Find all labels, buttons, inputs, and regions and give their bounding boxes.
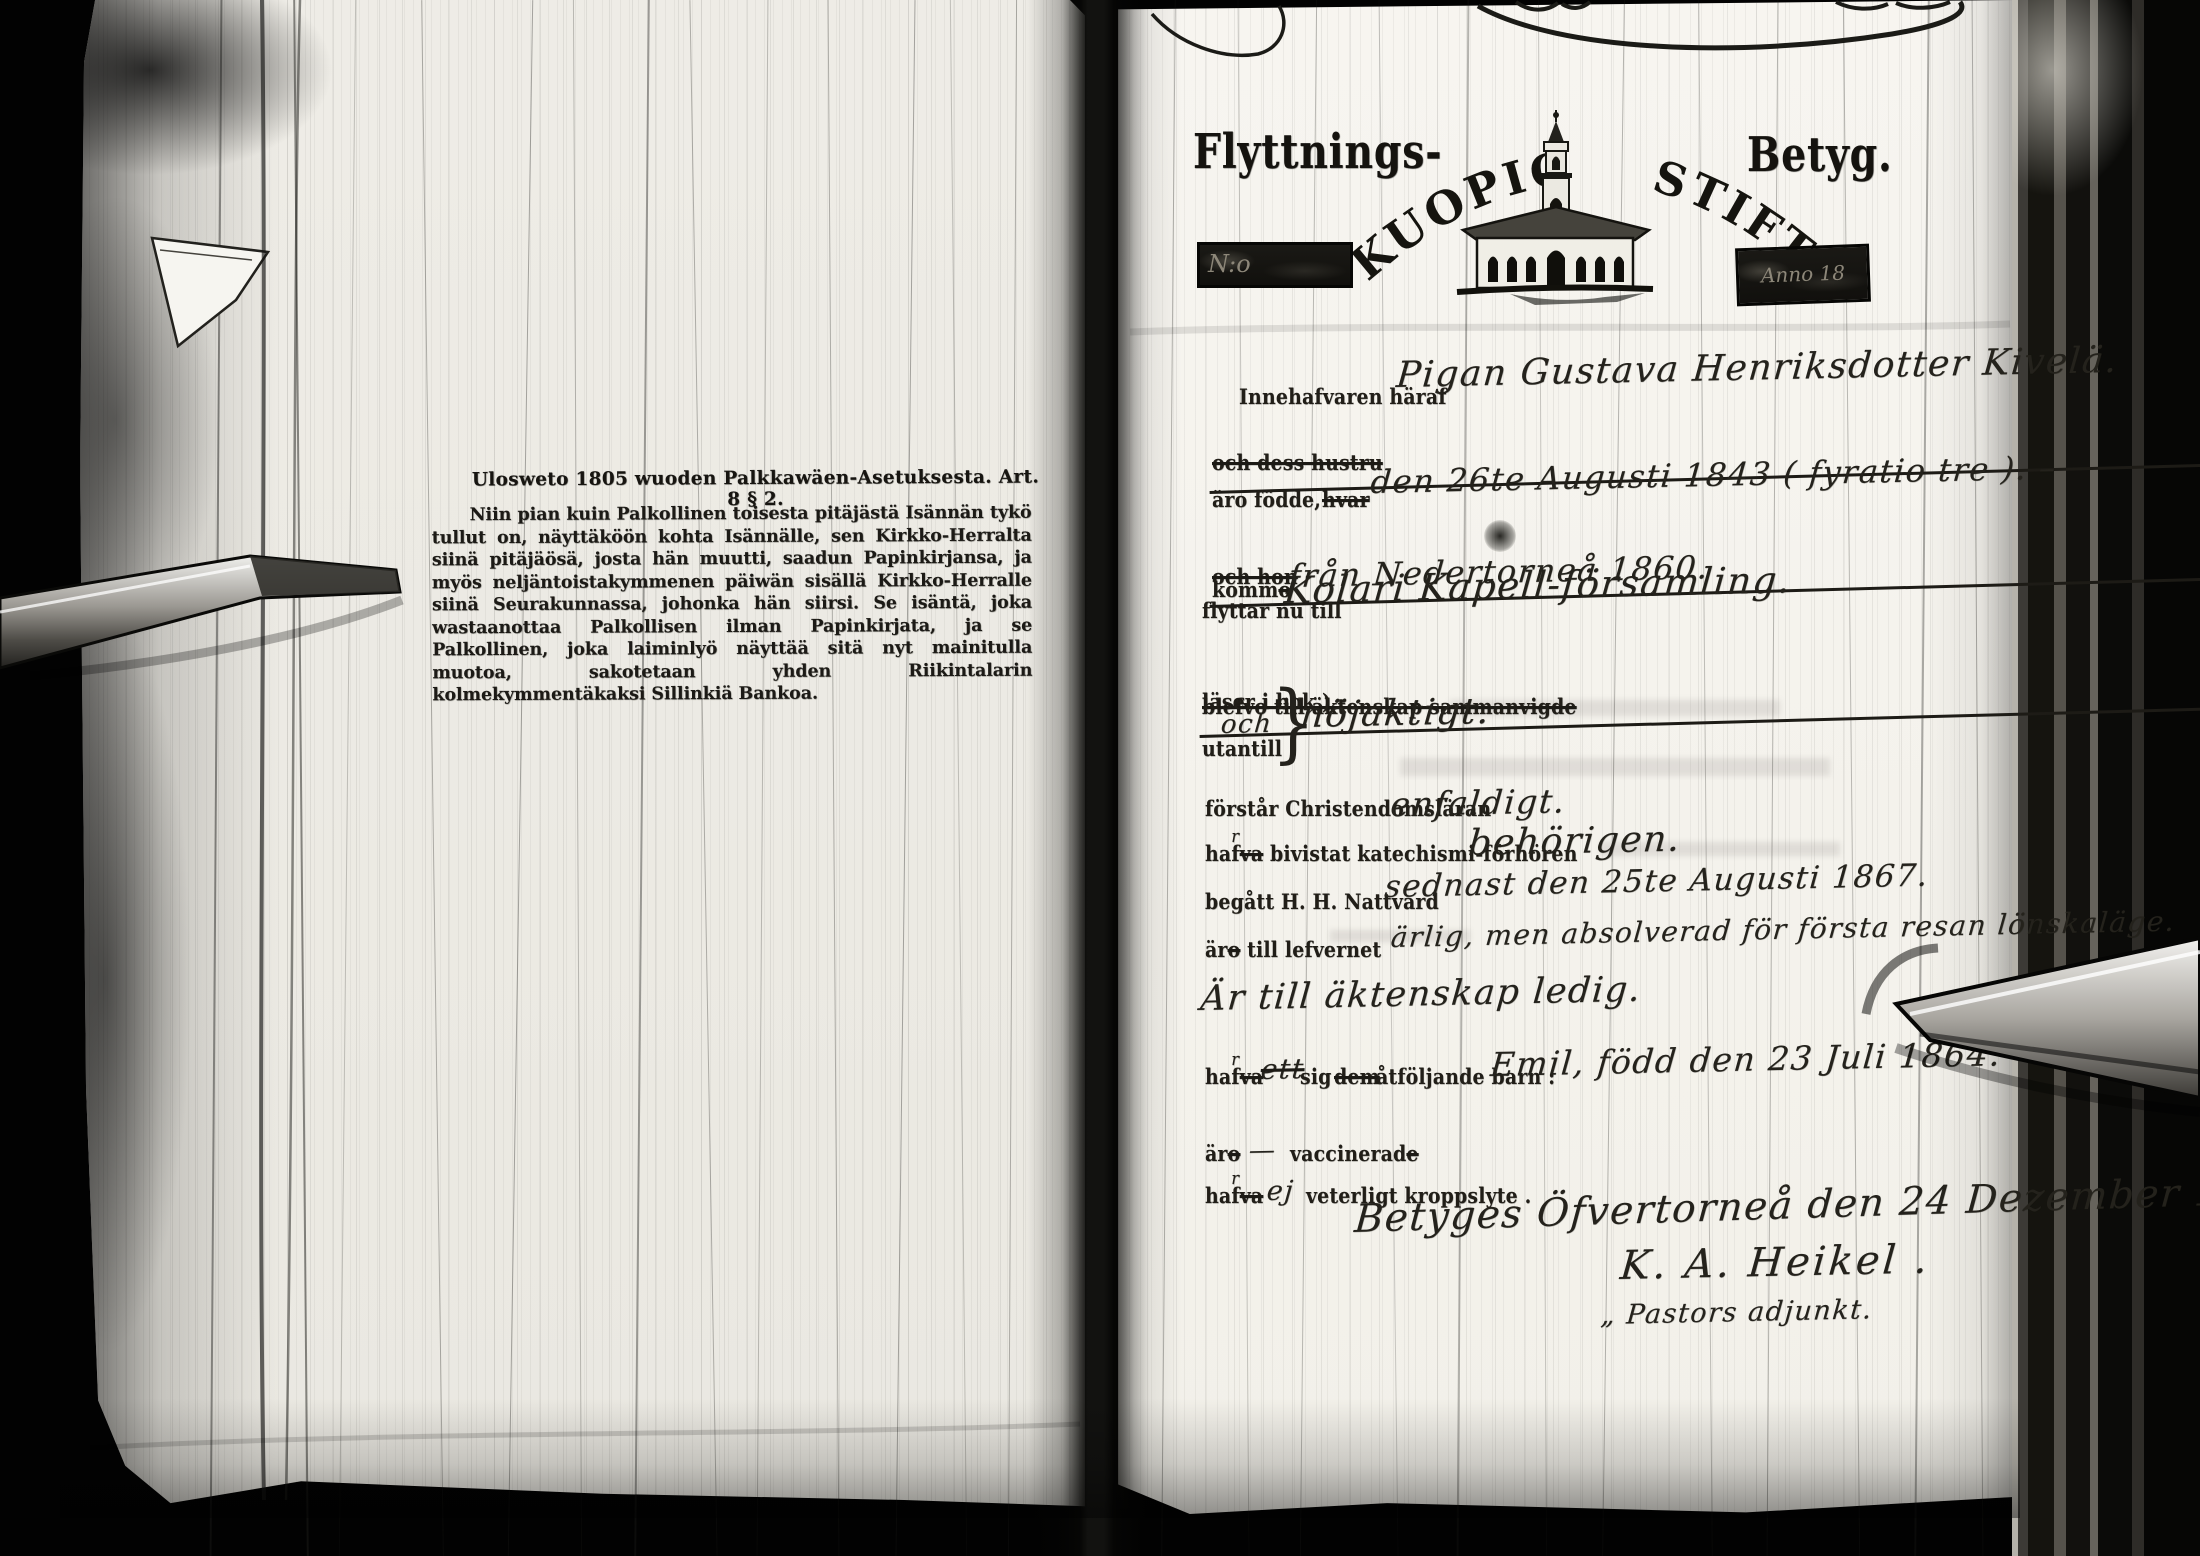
children-sig: sig [1300,1064,1332,1089]
number-box: N:o [1197,242,1353,288]
left-page [80,0,1085,1556]
superscript-r: r [1231,1168,1239,1189]
born-label: äro födde, [1212,487,1321,512]
children-value: Emil, född den 23 Juli 1864. [1489,1037,2003,1081]
children-dem-struck: dem [1334,1064,1380,1089]
conduct-label: äro till lefvernet [1205,937,1381,962]
book-binding-right [2012,0,2200,1556]
reading-grade-value: nöjaktigt. [1299,694,1492,734]
number-box-label: N:o [1208,250,1251,278]
superscript-r: r [1231,1049,1239,1070]
year-box-label: Anno 18 [1761,261,1846,288]
excerpt-body: Niin pian kuin Palkollinen toisesta pitä… [432,502,1033,707]
born-struck-word: hvar [1322,487,1370,512]
understands-value: enfaldigt. [1389,784,1567,821]
superscript-r: r [1231,826,1239,847]
year-box: Anno 18 [1735,244,1871,307]
reads-inserted-word: och [1220,711,1274,738]
ink-blot [1484,520,1516,552]
vaccinated-word: vaccinerade [1290,1141,1419,1166]
church-icon [1455,108,1655,308]
children-label: hafvar [1205,1064,1263,1089]
vaccinated-label: äro [1205,1141,1240,1166]
moves-value: Kolari Kapell-församling. [1283,561,1793,609]
marital-status-value: Är till äktenskap ledig. [1199,973,1643,1017]
defect-label: hafvar [1205,1183,1263,1208]
catechism-value: behörigen. [1467,822,1682,862]
book-scan: Ulosweto 1805 wuoden Palkkawäen-Asetukse… [0,0,2200,1556]
children-ett-struck: ett [1260,1055,1306,1084]
defect-ej: ej [1266,1177,1296,1205]
vaccinated-dash: — [1248,1137,1278,1164]
signature: K. A. Heikel . [1619,1240,1932,1286]
byheart-label: utantill [1202,736,1282,761]
signature-title: „ Pastors adjunkt. [1600,1296,1874,1329]
